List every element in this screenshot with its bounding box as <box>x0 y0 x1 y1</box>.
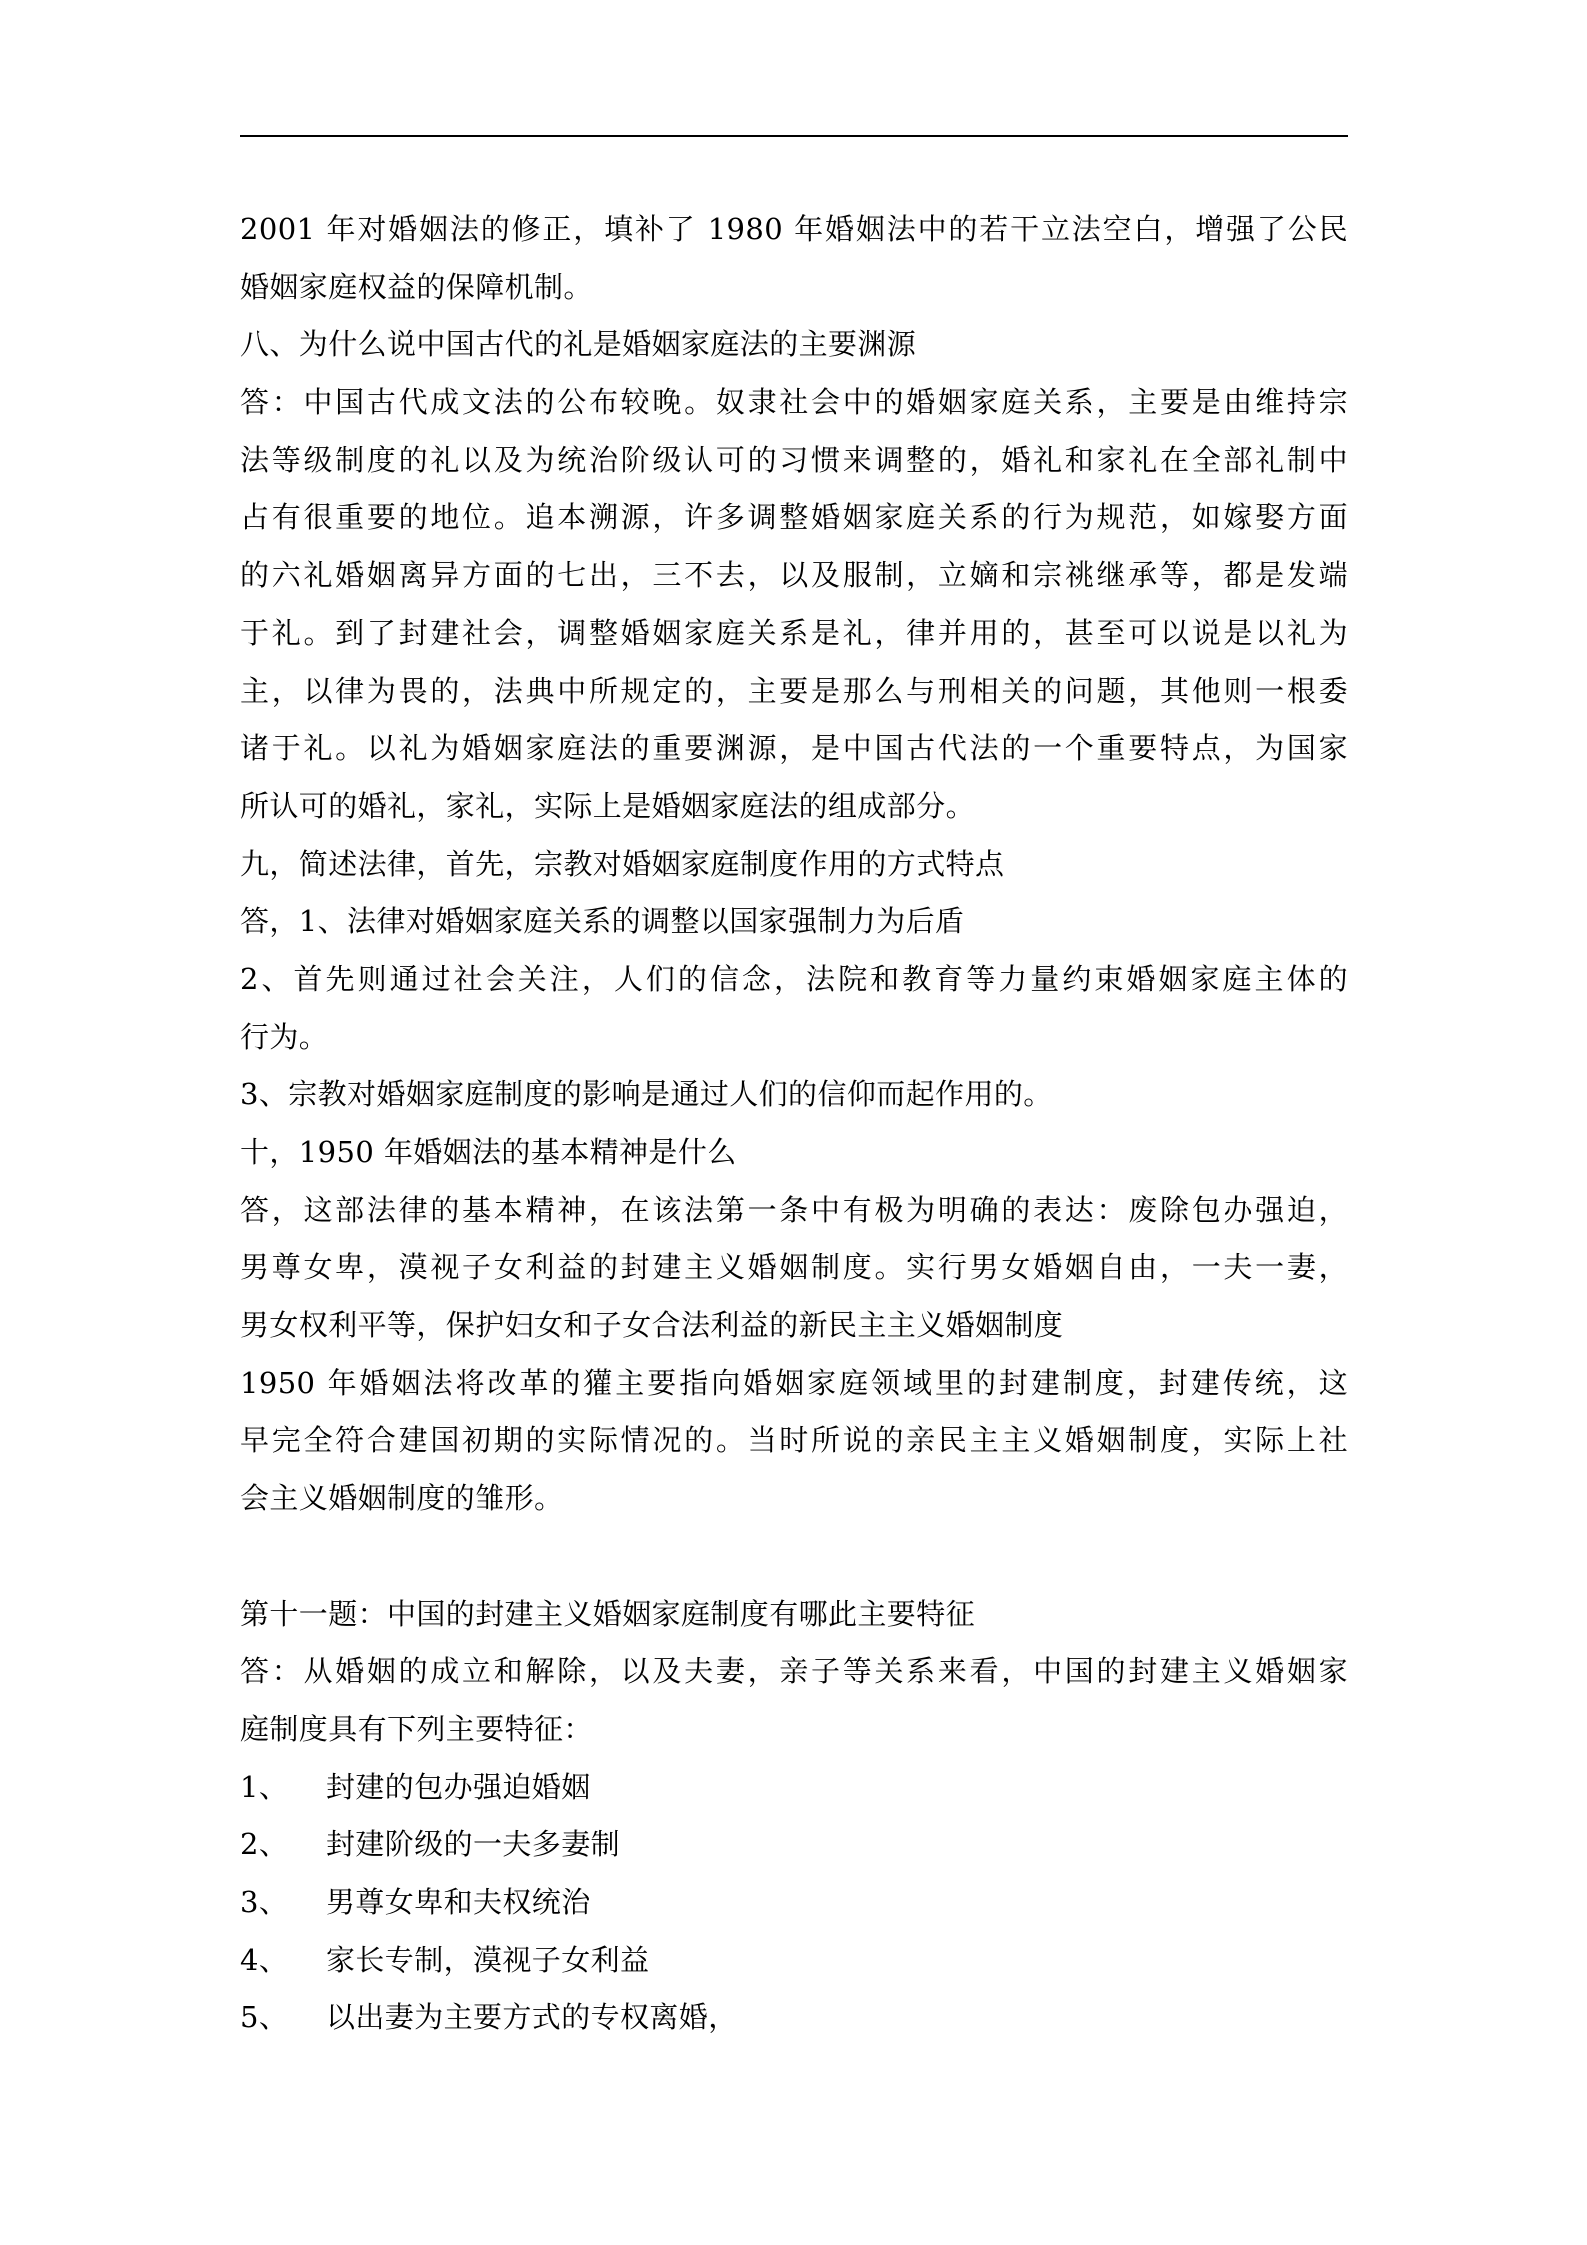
paragraph-line: 占有很重要的地位。追本溯源，许多调整婚姻家庭关系的行为规范，如嫁娶方面 <box>240 489 1348 547</box>
paragraph-line: 答，这部法律的基本精神，在该法第一条中有极为明确的表达：废除包办强迫， <box>240 1182 1348 1240</box>
list-item: 1、封建的包办强迫婚姻 <box>240 1759 1348 1817</box>
paragraph-line: 男尊女卑，漠视子女利益的封建主义婚姻制度。实行男女婚姻自由，一夫一妻， <box>240 1239 1348 1297</box>
paragraph-line: 1950 年婚姻法将改革的獾主要指向婚姻家庭领域里的封建制度，封建传统，这 <box>240 1355 1348 1413</box>
list-item: 4、家长专制，漠视子女利益 <box>240 1932 1348 1990</box>
section-heading-8: 八、为什么说中国古代的礼是婚姻家庭法的主要渊源 <box>240 316 1348 374</box>
list-number: 5、 <box>240 1989 326 2047</box>
paragraph-line: 3、宗教对婚姻家庭制度的影响是通过人们的信仰而起作用的。 <box>240 1066 1348 1124</box>
paragraph-line: 行为。 <box>240 1009 1348 1067</box>
list-text: 男尊女卑和夫权统治 <box>326 1885 591 1919</box>
paragraph-line: 答：中国古代成文法的公布较晚。奴隶社会中的婚姻家庭关系，主要是由维持宗 <box>240 374 1348 432</box>
list-item: 3、男尊女卑和夫权统治 <box>240 1874 1348 1932</box>
paragraph-line: 所认可的婚礼，家礼，实际上是婚姻家庭法的组成部分。 <box>240 778 1348 836</box>
list-number: 2、 <box>240 1816 326 1874</box>
document-body: 2001 年对婚姻法的修正，填补了 1980 年婚姻法中的若干立法空白，增强了公… <box>240 201 1348 2047</box>
paragraph-line: 于礼。到了封建社会，调整婚姻家庭关系是礼，律并用的，甚至可以说是以礼为 <box>240 605 1348 663</box>
paragraph-line: 早完全符合建国初期的实际情况的。当时所说的亲民主主义婚姻制度，实际上社 <box>240 1412 1348 1470</box>
paragraph-line: 庭制度具有下列主要特征： <box>240 1701 1348 1759</box>
list-item: 2、封建阶级的一夫多妻制 <box>240 1816 1348 1874</box>
paragraph-line: 诸于礼。以礼为婚姻家庭法的重要渊源，是中国古代法的一个重要特点，为国家 <box>240 720 1348 778</box>
list-text: 以出妻为主要方式的专权离婚， <box>326 2000 738 2034</box>
paragraph-line: 男女权利平等，保护妇女和子女合法利益的新民主主义婚姻制度 <box>240 1297 1348 1355</box>
paragraph-line: 的六礼婚姻离异方面的七出，三不去，以及服制，立嫡和宗祧继承等，都是发端 <box>240 547 1348 605</box>
header-rule <box>240 135 1348 137</box>
section-heading-9: 九，简述法律，首先，宗教对婚姻家庭制度作用的方式特点 <box>240 836 1348 894</box>
paragraph-line: 会主义婚姻制度的雏形。 <box>240 1470 1348 1528</box>
paragraph-line: 答：从婚姻的成立和解除，以及夫妻，亲子等关系来看，中国的封建主义婚姻家 <box>240 1643 1348 1701</box>
list-text: 封建阶级的一夫多妻制 <box>326 1827 620 1861</box>
section-heading-11: 第十一题：中国的封建主义婚姻家庭制度有哪此主要特征 <box>240 1586 1348 1644</box>
list-item: 5、以出妻为主要方式的专权离婚， <box>240 1989 1348 2047</box>
section-heading-10: 十，1950 年婚姻法的基本精神是什么 <box>240 1124 1348 1182</box>
paragraph-line: 2001 年对婚姻法的修正，填补了 1980 年婚姻法中的若干立法空白，增强了公… <box>240 201 1348 259</box>
paragraph-line: 婚姻家庭权益的保障机制。 <box>240 259 1348 317</box>
list-text: 家长专制，漠视子女利益 <box>326 1943 649 1977</box>
list-number: 1、 <box>240 1759 326 1817</box>
paragraph-line: 答，1、法律对婚姻家庭关系的调整以国家强制力为后盾 <box>240 893 1348 951</box>
paragraph-line: 法等级制度的礼以及为统治阶级认可的习惯来调整的，婚礼和家礼在全部礼制中 <box>240 432 1348 490</box>
list-number: 4、 <box>240 1932 326 1990</box>
paragraph-line: 主，以律为畏的，法典中所规定的，主要是那么与刑相关的问题，其他则一根委 <box>240 663 1348 721</box>
blank-line <box>240 1528 1348 1586</box>
list-text: 封建的包办强迫婚姻 <box>326 1770 591 1804</box>
paragraph-line: 2、首先则通过社会关注，人们的信念，法院和教育等力量约束婚姻家庭主体的 <box>240 951 1348 1009</box>
list-number: 3、 <box>240 1874 326 1932</box>
